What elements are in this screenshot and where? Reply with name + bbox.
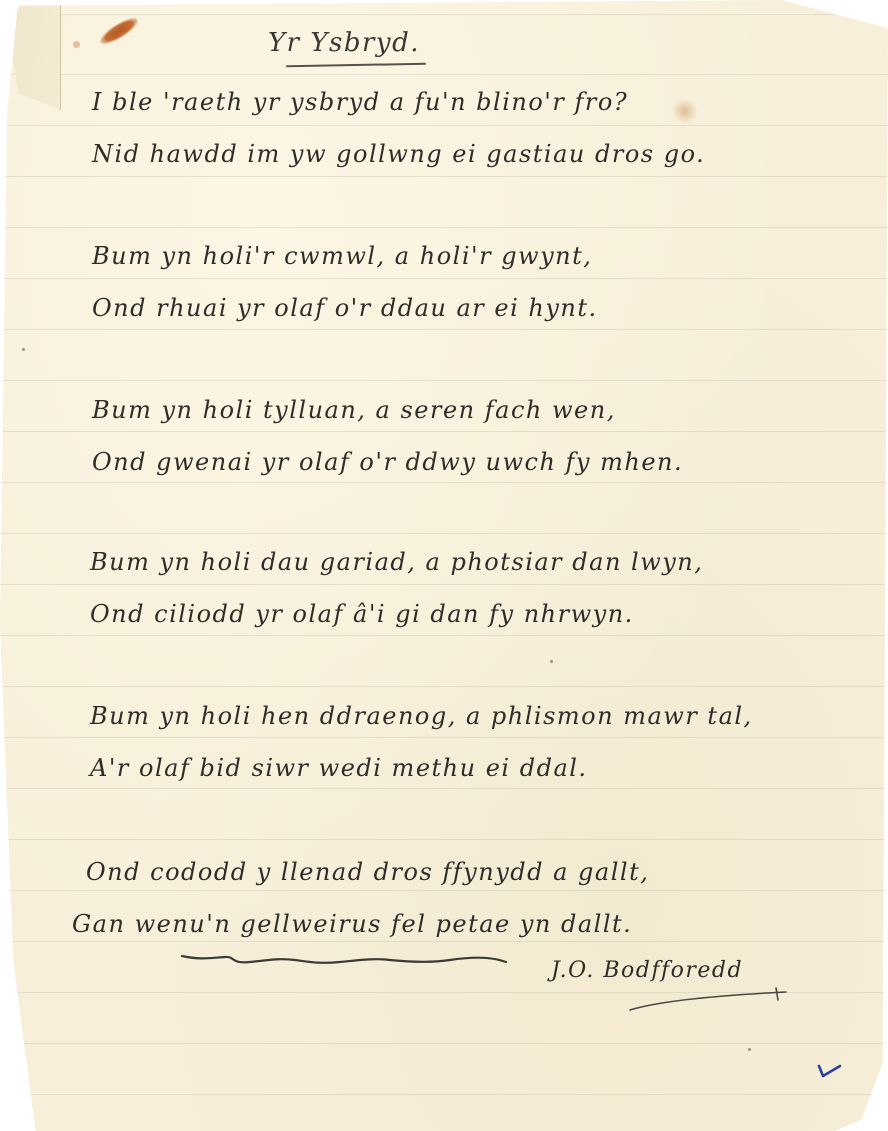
poem-line: Ond gwenai yr olaf o'r ddwy uwch fy mhen… [92,448,683,476]
check-mark-icon [816,1060,846,1082]
signature-underline [626,980,796,1014]
stain-dot [73,41,80,48]
poem-line: Gan wenu'n gellweirus fel petae yn dallt… [72,910,632,938]
poem-line: Bum yn holi hen ddraenog, a phlismon maw… [90,702,753,730]
scorch-mark [672,98,698,124]
title-underline [286,63,426,67]
poem-line: Bum yn holi dau gariad, a photsiar dan l… [90,548,703,576]
manuscript-page: Yr Ysbryd. I ble 'raeth yr ysbryd a fu'n… [0,0,888,1131]
ink-speck [550,660,553,663]
poem-line: Bum yn holi tylluan, a seren fach wen, [92,396,616,424]
ink-speck [748,1048,751,1051]
ink-speck [22,348,25,351]
rust-stain [97,13,142,48]
poem-line: Ond rhuai yr olaf o'r ddau ar ei hynt. [92,294,598,322]
poem-line: Bum yn holi'r cwmwl, a holi'r gwynt, [92,242,592,270]
poem-title: Yr Ysbryd. [268,28,420,58]
poem-line: Ond ciliodd yr olaf â'i gi dan fy nhrwyn… [90,600,634,628]
poem-line: Nid hawdd im yw gollwng ei gastiau dros … [92,140,705,168]
poem-line: A'r olaf bid siwr wedi methu ei ddal. [90,754,588,782]
poem-line: Ond cododd y llenad dros ffynydd a gallt… [86,858,649,886]
folded-corner [8,0,61,110]
ornamental-flourish [180,948,510,972]
poem-line: I ble 'raeth yr ysbryd a fu'n blino'r fr… [92,88,628,116]
